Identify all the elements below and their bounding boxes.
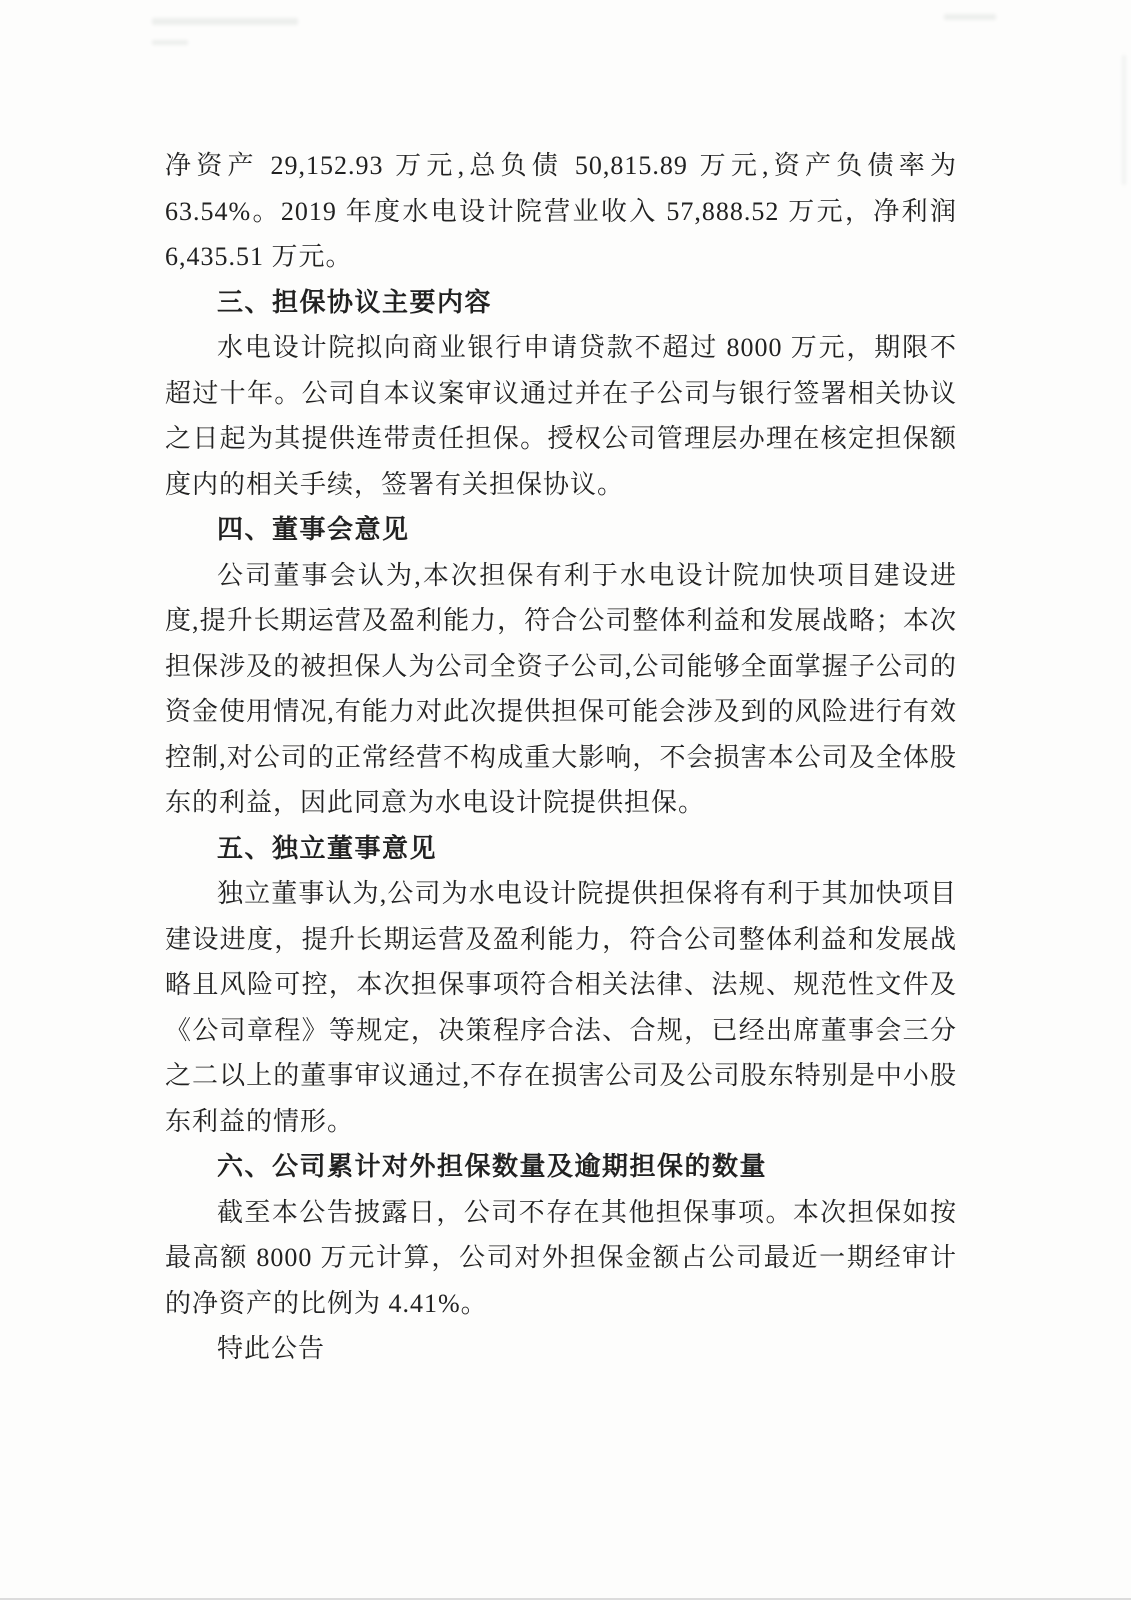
scan-artifact bbox=[944, 14, 996, 20]
section-paragraph-guarantee-agreement: 水电设计院拟向商业银行申请贷款不超过 8000 万元，期限不超过十年。公司自本议… bbox=[165, 325, 957, 507]
section-heading-independent-directors-opinion: 五、独立董事意见 bbox=[165, 826, 957, 872]
scan-artifact bbox=[152, 18, 298, 25]
section-paragraph-cumulative-guarantees: 截至本公告披露日，公司不存在其他担保事项。本次担保如按最高额 8000 万元计算… bbox=[165, 1190, 957, 1327]
section-paragraph-board-opinion: 公司董事会认为,本次担保有利于水电设计院加快项目建设进度,提升长期运营及盈利能力… bbox=[165, 553, 957, 826]
scan-artifact bbox=[152, 40, 188, 45]
document-body: 净资产 29,152.93 万元,总负债 50,815.89 万元,资产负债率为… bbox=[165, 143, 957, 1372]
closing-line: 特此公告 bbox=[165, 1326, 957, 1372]
section-paragraph-independent-directors-opinion: 独立董事认为,公司为水电设计院提供担保将有利于其加快项目建设进度，提升长期运营及… bbox=[165, 871, 957, 1144]
scan-artifact bbox=[1122, 55, 1126, 185]
section-heading-cumulative-guarantees: 六、公司累计对外担保数量及逾期担保的数量 bbox=[165, 1144, 957, 1190]
continuation-paragraph: 净资产 29,152.93 万元,总负债 50,815.89 万元,资产负债率为… bbox=[165, 143, 957, 280]
section-heading-guarantee-agreement: 三、担保协议主要内容 bbox=[165, 280, 957, 326]
announcement-page: 净资产 29,152.93 万元,总负债 50,815.89 万元,资产负债率为… bbox=[0, 0, 1131, 1600]
section-heading-board-opinion: 四、董事会意见 bbox=[165, 507, 957, 553]
